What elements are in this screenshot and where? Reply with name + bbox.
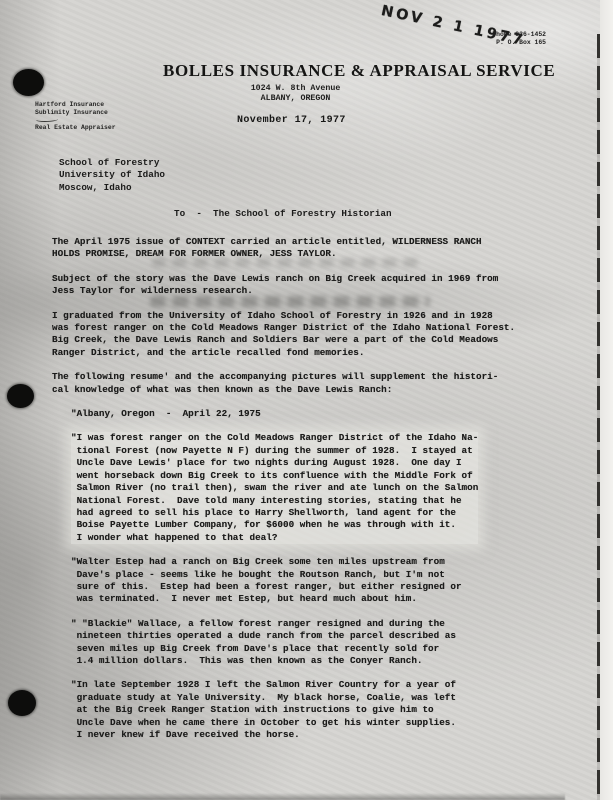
paragraph-forest-ranger: "I was forest ranger on the Cold Meadows… (71, 432, 478, 544)
paragraph-yale-horse: "In late September 1928 I left the Salmo… (71, 679, 613, 741)
company-name: BOLLES INSURANCE & APPRAISAL SERVICE (163, 61, 555, 81)
paragraph-walter-estep: "Walter Estep had a ranch on Big Creek s… (71, 556, 613, 606)
letter-date: November 17, 1977 (237, 115, 346, 126)
paragraph-graduated: I graduated from the University of Idaho… (52, 310, 613, 360)
po-box: P. O. Box 165 (470, 39, 546, 47)
paragraph-context-article: The April 1975 issue of CONTEXT carried … (52, 236, 613, 261)
credential-hartford: Hartford Insurance (35, 101, 116, 109)
paragraph-story-subject: Subject of the story was the Dave Lewis … (52, 273, 613, 298)
scan-bottom-shadow (0, 793, 565, 800)
scanned-letter-page: NOV 2 1 1977 Phone 926-1452 P. O. Box 16… (0, 0, 613, 800)
underline-flourish (36, 117, 58, 122)
credentials-block: Hartford Insurance Sublimity Insurance R… (35, 101, 116, 132)
recipient-line-1: School of Forestry (59, 157, 165, 169)
paragraph-blackie-wallace: " "Blackie" Wallace, a fellow forest ran… (71, 618, 613, 668)
paragraph-resume-intro: The following resume' and the accompanyi… (52, 371, 613, 396)
salutation-line: To - The School of Forestry Historian (174, 208, 392, 219)
address-street: 1024 W. 8th Avenue (228, 84, 363, 94)
letter-body: The April 1975 issue of CONTEXT carried … (0, 236, 613, 753)
contact-info: Phone 926-1452 P. O. Box 165 (470, 31, 546, 47)
credential-sublimity: Sublimity Insurance (35, 109, 116, 117)
recipient-line-3: Moscow, Idaho (59, 182, 165, 194)
company-address: 1024 W. 8th Avenue ALBANY, OREGON (228, 84, 363, 104)
paragraph-resume-heading: "Albany, Oregon - April 22, 1975 (71, 408, 613, 420)
credential-appraiser: Real Estate Appraiser (35, 124, 116, 132)
hole-punch-top (13, 69, 44, 96)
recipient-line-2: University of Idaho (59, 169, 165, 181)
phone-number: Phone 926-1452 (470, 31, 546, 39)
address-city: ALBANY, OREGON (228, 94, 363, 104)
recipient-address: School of Forestry University of Idaho M… (59, 157, 165, 194)
